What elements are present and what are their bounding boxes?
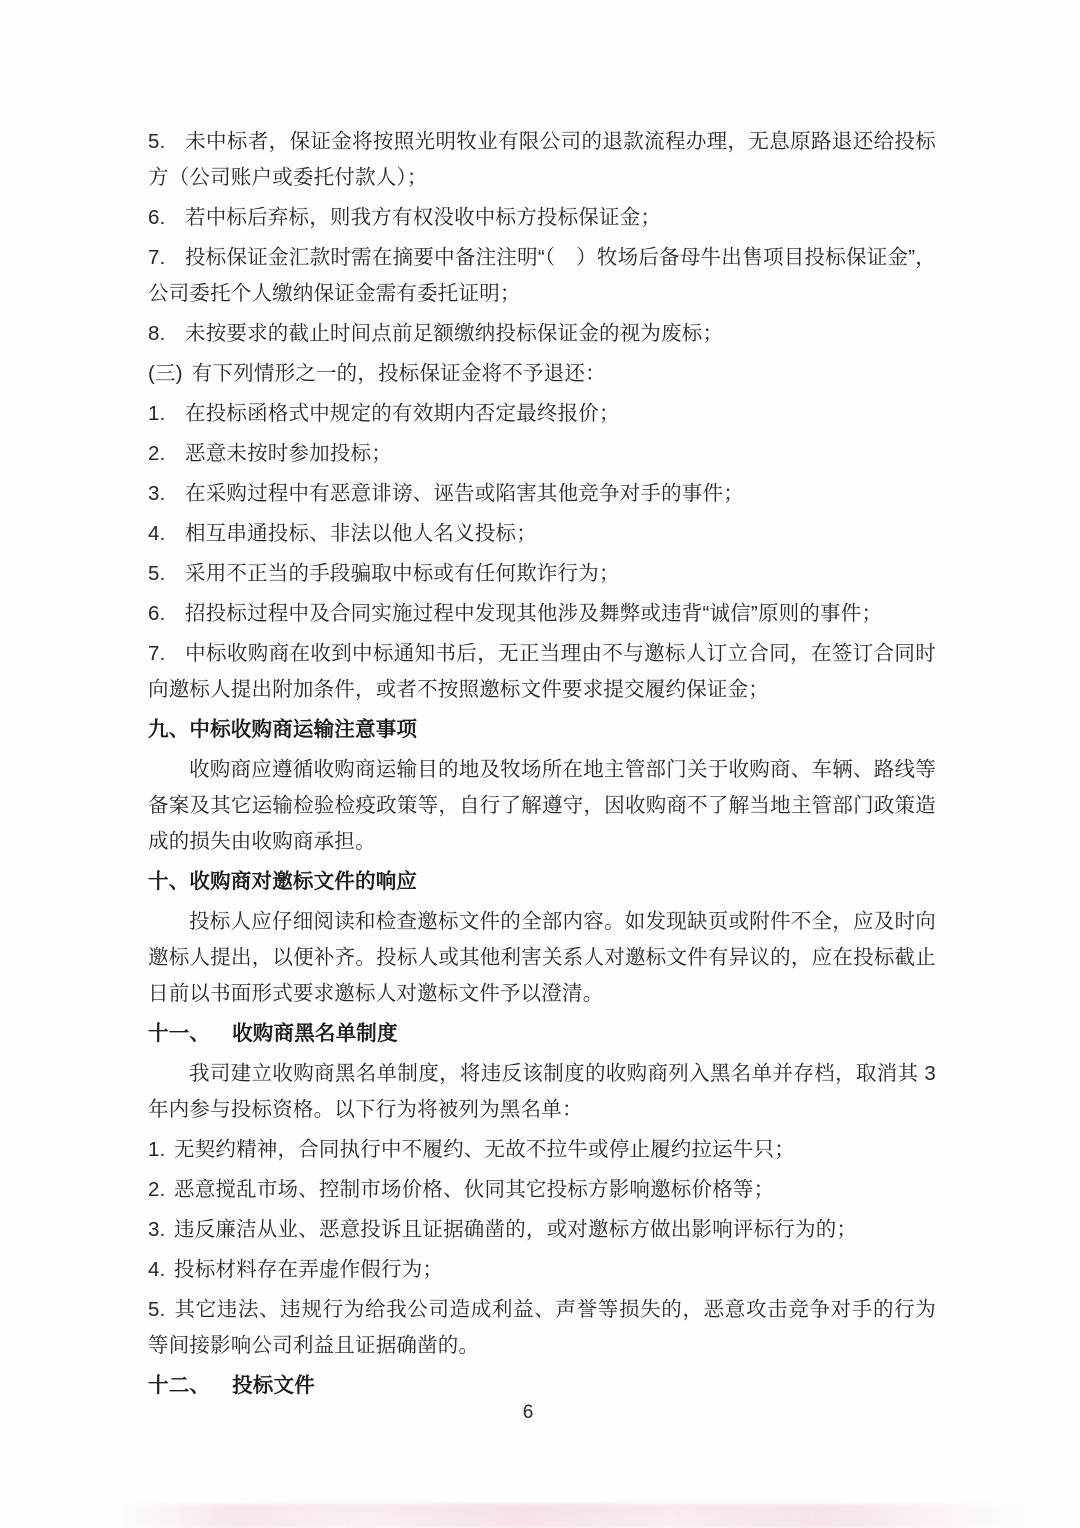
item-number: 5. [148,1292,174,1328]
list-item: 1.无契约精神，合同执行中不履约、无故不拉牛或停止履约拉运牛只； [148,1132,936,1168]
text-run: 在投标函格式中规定的有效期内否定最终报价； [185,402,620,425]
sub-section-label: (三)有下列情形之一的，投标保证金将不予退还： [148,356,936,392]
heading-number: 十、 [148,864,189,900]
text-run: 在采购过程中有恶意诽谤、诬告或陷害其他竞争对手的事件； [185,482,744,505]
list-item: 5.其它违法、违规行为给我公司造成利益、声誉等损失的，恶意攻击竞争对手的行为等间… [148,1292,936,1364]
section-heading: 十、收购商对邀标文件的响应 [148,864,936,900]
page-number: 6 [523,1402,534,1423]
section-heading: 十一、收购商黑名单制度 [148,1016,936,1052]
text-run: 相互串通投标、非法以他人名义投标； [185,522,537,545]
document-page: 5.未中标者，保证金将按照光明牧业有限公司的退款流程办理，无息原路退还给投标方（… [0,0,1080,1528]
item-number: 6. [148,200,185,236]
paragraph: 收购商应遵循收购商运输目的地及牧场所在地主管部门关于收购商、车辆、路线等备案及其… [148,752,936,860]
item-number: 1. [148,1132,174,1168]
list-item: 7.投标保证金汇款时需在摘要中备注注明“（ ）牧场后备母牛出售项目投标保证金”，… [148,240,936,312]
item-number: 3. [148,476,185,512]
text-run: 我司建立收购商黑名单制度，将违反该制度的收购商列入黑名单并存档，取消其 3 年内… [148,1062,936,1121]
list-item: 4.相互串通投标、非法以他人名义投标； [148,516,936,552]
list-item: 3.在采购过程中有恶意诽谤、诬告或陷害其他竞争对手的事件； [148,476,936,512]
heading-number: 九、 [148,712,189,748]
list-item: 4.投标材料存在弄虚作假行为； [148,1252,936,1288]
document-body: 5.未中标者，保证金将按照光明牧业有限公司的退款流程办理，无息原路退还给投标方（… [148,124,936,1404]
text-run: 投标保证金汇款时需在摘要中备注注明“（ ）牧场后备母牛出售项目投标保证金”，公司… [148,246,936,305]
text-run: 其它违法、违规行为给我公司造成利益、声誉等损失的，恶意攻击竞争对手的行为等间接影… [148,1298,936,1357]
list-item: 6.若中标后弃标，则我方有权没收中标方投标保证金； [148,200,936,236]
text-run: 无契约精神，合同执行中不履约、无故不拉牛或停止履约拉运牛只； [174,1138,795,1161]
heading-number: 十一、 [148,1016,232,1052]
list-item: 7.中标收购商在收到中标通知书后，无正当理由不与邀标人订立合同，在签订合同时向邀… [148,636,936,708]
list-item: 3.违反廉洁从业、恶意投诉且证据确凿的，或对邀标方做出影响评标行为的； [148,1212,936,1248]
section-heading: 十二、投标文件 [148,1368,936,1404]
item-number: 4. [148,1252,174,1288]
paragraph: 投标人应仔细阅读和检查邀标文件的全部内容。如发现缺页或附件不全，应及时向邀标人提… [148,904,936,1012]
text-run: 中标收购商在收到中标通知书后，无正当理由不与邀标人订立合同，在签订合同时向邀标人… [148,642,936,701]
item-number: 6. [148,596,185,632]
text-run: 收购商对邀标文件的响应 [189,870,417,893]
text-run: 若中标后弃标，则我方有权没收中标方投标保证金； [185,206,661,229]
text-run: 投标材料存在弄虚作假行为； [174,1258,443,1281]
text-run: 收购商黑名单制度 [232,1022,398,1045]
list-item: 1.在投标函格式中规定的有效期内否定最终报价； [148,396,936,432]
item-number: 5. [148,556,185,592]
text-run: 收购商应遵循收购商运输目的地及牧场所在地主管部门关于收购商、车辆、路线等备案及其… [148,758,936,853]
item-number: 2. [148,1172,174,1208]
item-number: 2. [148,436,185,472]
text-run: 恶意未按时参加投标； [185,442,392,465]
list-item: 5.未中标者，保证金将按照光明牧业有限公司的退款流程办理，无息原路退还给投标方（… [148,124,936,196]
text-run: 未中标者，保证金将按照光明牧业有限公司的退款流程办理，无息原路退还给投标方（公司… [148,130,936,189]
item-number: 5. [148,124,185,160]
list-item: 8.未按要求的截止时间点前足额缴纳投标保证金的视为废标； [148,316,936,352]
text-run: 有下列情形之一的，投标保证金将不予退还： [192,362,606,385]
heading-number: 十二、 [148,1368,232,1404]
item-number: 8. [148,316,185,352]
item-number: 7. [148,636,185,672]
page-footer: 6 [0,1400,1056,1426]
text-run: 中标收购商运输注意事项 [189,718,417,741]
paragraph: 我司建立收购商黑名单制度，将违反该制度的收购商列入黑名单并存档，取消其 3 年内… [148,1056,936,1128]
text-run: 恶意搅乱市场、控制市场价格、伙同其它投标方影响邀标价格等； [174,1178,774,1201]
scan-artifact-blur [180,1500,880,1514]
list-item: 2.恶意未按时参加投标； [148,436,936,472]
item-number: (三) [148,356,192,392]
section-heading: 九、中标收购商运输注意事项 [148,712,936,748]
text-run: 投标人应仔细阅读和检查邀标文件的全部内容。如发现缺页或附件不全，应及时向邀标人提… [148,910,936,1005]
item-number: 3. [148,1212,174,1248]
item-number: 7. [148,240,185,276]
list-item: 2.恶意搅乱市场、控制市场价格、伙同其它投标方影响邀标价格等； [148,1172,936,1208]
text-run: 违反廉洁从业、恶意投诉且证据确凿的，或对邀标方做出影响评标行为的； [174,1218,857,1241]
text-run: 投标文件 [232,1374,315,1397]
list-item: 5.采用不正当的手段骗取中标或有任何欺诈行为； [148,556,936,592]
list-item: 6.招投标过程中及合同实施过程中发现其他涉及舞弊或违背“诚信”原则的事件； [148,596,936,632]
item-number: 1. [148,396,185,432]
text-run: 招投标过程中及合同实施过程中发现其他涉及舞弊或违背“诚信”原则的事件； [185,602,882,625]
item-number: 4. [148,516,185,552]
text-run: 采用不正当的手段骗取中标或有任何欺诈行为； [185,562,620,585]
text-run: 未按要求的截止时间点前足额缴纳投标保证金的视为废标； [185,322,723,345]
